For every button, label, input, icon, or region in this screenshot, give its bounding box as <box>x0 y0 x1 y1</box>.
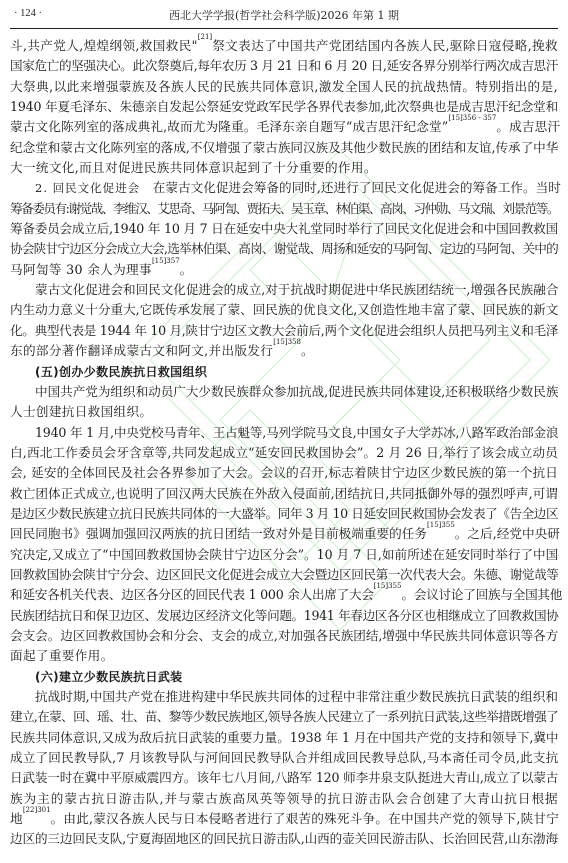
line-text: 和延安各机关代表、边区各分区的回民代表 1 000 余人出席了大会 <box>10 587 374 602</box>
line-text: 是边区少数民族建立抗日民族共同体的一大盛举。同年 3 月 10 日延安回民救国协… <box>10 506 558 521</box>
line-text: 蒙古文化促进会和回民文化促进会的成立,对于抗战时期促进中华民族团结统一,增强各民… <box>35 282 558 297</box>
line-text: 边区的三边回民支队,宁夏海固地区的回民抗日游击队,山西的壶关回民游击队、长治回民… <box>10 831 558 846</box>
text-line: 民族共同体意识,又成为敌后抗日武装的重要力量。1938 年 1 月在中国共产党的… <box>10 728 558 748</box>
text-line: 成立了回民教导队,7 月该教导队与河间回民教导队合并组成回民教导总队,马本斋任司… <box>10 748 558 768</box>
line-text: 成立了回民教导队,7 月该教导队与河间回民教导队合并组成回民教导总队,马本斋任司… <box>10 750 558 765</box>
line-text-continued: 。之后,经党中央研 <box>455 526 560 541</box>
line-text: 筹备委员会成立后,1940 年 10 月 7 日在延安中央大礼堂同时举行了回民文… <box>10 221 558 236</box>
line-text-continued: 。成吉思汗 <box>496 119 560 134</box>
text-line: 族为主的蒙古抗日游击队,并与蒙古族高凤英等领导的抗日游击队会合创建了大青山抗日根… <box>10 789 558 809</box>
citation-reference[interactable]: [21] <box>198 33 212 41</box>
line-text-continued: 。 <box>301 343 314 358</box>
line-text: 国家危亡的坚强决心。此次祭奠后,每年农历 3 月 21 日和 6 月 20 日,… <box>10 58 558 73</box>
line-text: 白,西北工作委员会牙含章等,共同发起成立“延安回民救国协会”。2 月 26 日,… <box>10 445 558 460</box>
citation-reference[interactable]: [15]355 <box>427 521 455 529</box>
text-line: 和延安各机关代表、边区各分区的回民代表 1 000 余人出席了大会[15]355… <box>10 585 558 605</box>
line-text: 1940 年夏毛泽东、朱德亲自发起公祭延安党政军民学各界代表参加,此次祭典也是成… <box>10 99 558 114</box>
text-line: 地[22]301。由此,蒙汉各族人民与日本侵略者进行了艰苦的殊死斗争。在中国共产… <box>10 809 558 829</box>
line-text: 会, 延安的全体回民及社会各界参加了大会。会议的召开,标志着陕甘宁边区少数民族的… <box>10 465 558 480</box>
citation-reference[interactable]: [15]355 <box>374 582 402 590</box>
text-line: 大一统文化,而且对促进民族共同体意识起到了十分重要的作用。 <box>10 158 558 178</box>
text-line: 建立,在蒙、回、瑶、壮、苗、黎等少数民族地区,领导各族人民建立了一系列抗日武装,… <box>10 707 558 727</box>
section-heading-text: (六)建立少数民族抗日武装 <box>35 670 183 684</box>
journal-title: 西北大学学报(哲学社会科学版)2026 年第 1 期 <box>0 7 568 23</box>
text-line: 协会陕甘宁边区分会成立大会,选举林伯渠、高岗、谢觉哉、周扬和延安的马阿訇、定边的… <box>10 239 558 259</box>
citation-reference[interactable]: [15]357 <box>152 257 180 265</box>
line-text: 大祭典,以此来增强蒙族及各族人民的民族共同体意识,激发全国人民的抗战热情。特别指… <box>10 79 558 94</box>
text-line: 究决定,又成立了“中国回教救国协会陕甘宁边区分会”。10 月 7 日,如前所述在… <box>10 545 558 565</box>
text-line: 白,西北工作委员会牙含章等,共同发起成立“延安回民救国协会”。2 月 26 日,… <box>10 443 558 463</box>
line-text: 面起了重要作用。 <box>10 648 114 663</box>
citation-reference[interactable]: [15]356 - 357 <box>448 114 496 122</box>
line-text-continued: 。会议讨论了回族与全国其他 <box>401 587 562 602</box>
line-text-continued: 祭文表达了中国共产党团结国内各族人民,驱除日寇侵略,挽救 <box>212 38 558 53</box>
line-text: 中国共产党为组织和动员广大少数民族群众参加抗战,促进民族共同体建设,还积极联络少… <box>35 384 558 399</box>
header-divider <box>10 28 558 29</box>
text-line: 人士创建抗日救国组织。 <box>10 402 558 422</box>
line-text: 内生动力意义十分重大,它既传承发展了蒙、回民族的优良文化,又创造性地丰富了蒙、回… <box>10 302 558 317</box>
line-text: 东的部分著作翻译成蒙古文和阿文,并出版发行 <box>10 343 273 358</box>
section-heading: (六)建立少数民族抗日武装 <box>10 667 558 687</box>
line-text: 筹备委员有:谢觉哉、李维汉、艾思奇、马阿訇、贾拓夫、吴玉章、林伯渠、高岗、习仲勋… <box>10 201 558 216</box>
line-text: 回民同胞书》强调加强回汉两族的抗日团结一致对外是目前极端重要的任务 <box>10 526 427 541</box>
line-text: 地 <box>10 811 23 826</box>
line-text: 抗战时期,中国共产党在推进构建中华民族共同体的过程中非常注重少数民族抗日武装的组… <box>35 689 558 704</box>
text-line: 马阿訇等 30 余人为理事[15]357。 <box>10 260 558 280</box>
text-line: 回教救国协会陕甘宁分会、边区回民文化促进会成立大会暨边区回民第一次代表大会。朱德… <box>10 565 558 585</box>
text-line: 抗战时期,中国共产党在推进构建中华民族共同体的过程中非常注重少数民族抗日武装的组… <box>10 687 558 707</box>
citation-reference[interactable]: [15]358 <box>273 338 301 346</box>
text-line: 内生动力意义十分重大,它既传承发展了蒙、回民族的优良文化,又创造性地丰富了蒙、回… <box>10 300 558 320</box>
text-line: 会支会。边区回教救国协会和分会、支会的成立,对加强各民族团结,增强中华民族共同体… <box>10 626 558 646</box>
text-line: 蒙古文化促进会和回民文化促进会的成立,对于抗战时期促进中华民族团结统一,增强各民… <box>10 280 558 300</box>
line-text-continued: 。由此,蒙汉各族人民与日本侵略者进行了艰苦的殊死斗争。在中国共产党的领导下,陕甘… <box>51 811 560 826</box>
section-heading: (五)创办少数民族抗日救国组织 <box>10 362 558 382</box>
text-line: 筹备委员有:谢觉哉、李维汉、艾思奇、马阿訇、贾拓夫、吴玉章、林伯渠、高岗、习仲勋… <box>10 199 558 219</box>
section-heading-text: (五)创办少数民族抗日救国组织 <box>35 365 207 379</box>
text-line: 面起了重要作用。 <box>10 646 558 666</box>
line-text: 斗,共产党人,煌煌纲领,救国救民" <box>10 38 198 53</box>
text-line: 蒙古文化陈列室的落成典礼,故而尤为隆重。毛泽东亲自题写“成吉思汗纪念堂”[15]… <box>10 117 558 137</box>
subsection-label: 2. 回民文化促进会 <box>35 181 140 195</box>
text-line: 回民同胞书》强调加强回汉两族的抗日团结一致对外是目前极端重要的任务[15]355… <box>10 524 558 544</box>
text-line: 斗,共产党人,煌煌纲领,救国救民"[21]祭文表达了中国共产党团结国内各族人民,… <box>10 36 558 56</box>
line-text: 化。典型代表是 1944 年 10 月,陕甘宁边区文教大会前后,两个文化促进会组… <box>10 323 558 338</box>
line-text: 蒙古文化陈列室的落成典礼,故而尤为隆重。毛泽东亲自题写“成吉思汗纪念堂” <box>10 119 448 134</box>
line-text-continued: 。 <box>180 262 193 277</box>
line-text: 民族团结抗日和保卫边区、发展边区经济文化等问题。1941 年春边区各分区也相继成… <box>10 608 558 623</box>
line-text: 1940 年 1 月,中央党校马青年、王占魁等,马列学院马文良,中国女子大学苏冰… <box>35 425 558 440</box>
line-text: 救亡团体正式成立,也说明了回汉两大民族在外敌入侵面前,团结抗日,共同抵御外辱的强… <box>10 486 558 501</box>
line-text: 回教救国协会陕甘宁分会、边区回民文化促进会成立大会暨边区回民第一次代表大会。朱德… <box>10 567 558 582</box>
text-line: 民族团结抗日和保卫边区、发展边区经济文化等问题。1941 年春边区各分区也相继成… <box>10 606 558 626</box>
text-line: 纪念堂和蒙古文化陈列室的落成,不仅增强了蒙古族同汉族及其他少数民族的团结和友谊,… <box>10 138 558 158</box>
line-text: 建立,在蒙、回、瑶、壮、苗、黎等少数民族地区,领导各族人民建立了一系列抗日武装,… <box>10 709 558 724</box>
text-line: 筹备委员会成立后,1940 年 10 月 7 日在延安中央大礼堂同时举行了回民文… <box>10 219 558 239</box>
text-line: 救亡团体正式成立,也说明了回汉两大民族在外敌入侵面前,团结抗日,共同抵御外辱的强… <box>10 484 558 504</box>
line-text: 会支会。边区回教救国协会和分会、支会的成立,对加强各民族团结,增强中华民族共同体… <box>10 628 558 643</box>
line-text: 马阿訇等 30 余人为理事 <box>10 262 152 277</box>
line-text: 人士创建抗日救国组织。 <box>10 404 152 419</box>
text-line: 是边区少数民族建立抗日民族共同体的一大盛举。同年 3 月 10 日延安回民救国协… <box>10 504 558 524</box>
line-text: 族为主的蒙古抗日游击队,并与蒙古族高凤英等领导的抗日游击队会合创建了大青山抗日根… <box>10 791 558 806</box>
line-text: 协会陕甘宁边区分会成立大会,选举林伯渠、高岗、谢觉哉、周扬和延安的马阿訇、定边的… <box>10 241 558 256</box>
line-text: 民族共同体意识,又成为敌后抗日武装的重要力量。1938 年 1 月在中国共产党的… <box>10 730 558 745</box>
article-body: 斗,共产党人,煌煌纲领,救国救民"[21]祭文表达了中国共产党团结国内各族人民,… <box>10 36 558 850</box>
line-text: 大一统文化,而且对促进民族共同体意识起到了十分重要的作用。 <box>10 160 377 175</box>
text-line: 国家危亡的坚强决心。此次祭奠后,每年农历 3 月 21 日和 6 月 20 日,… <box>10 56 558 76</box>
text-line: 东的部分著作翻译成蒙古文和阿文,并出版发行[15]358。 <box>10 341 558 361</box>
text-line: 会, 延安的全体回民及社会各界参加了大会。会议的召开,标志着陕甘宁边区少数民族的… <box>10 463 558 483</box>
line-text: 究决定,又成立了“中国回教救国协会陕甘宁边区分会”。10 月 7 日,如前所述在… <box>10 547 558 562</box>
text-line: 中国共产党为组织和动员广大少数民族群众参加抗战,促进民族共同体建设,还积极联络少… <box>10 382 558 402</box>
text-line: 2. 回民文化促进会 在蒙古文化促进会筹备的同时,还进行了回民文化促进会的筹备工… <box>10 178 558 198</box>
page-header: · 124 · 西北大学学报(哲学社会科学版)2026 年第 1 期 <box>0 0 568 30</box>
text-line: 边区的三边回民支队,宁夏海固地区的回民抗日游击队,山西的壶关回民游击队、长治回民… <box>10 829 558 849</box>
text-line: 大祭典,以此来增强蒙族及各族人民的民族共同体意识,激发全国人民的抗战热情。特别指… <box>10 77 558 97</box>
citation-reference[interactable]: [22]301 <box>23 806 51 814</box>
line-text: 在蒙古文化促进会筹备的同时,还进行了回民文化促进会的筹备工作。当时 <box>140 180 561 195</box>
text-line: 1940 年 1 月,中央党校马青年、王占魁等,马列学院马文良,中国女子大学苏冰… <box>10 423 558 443</box>
text-line: 日武装一时在冀中平原威震四方。该年七八月间,八路军 120 师李井泉支队挺进大青… <box>10 768 558 788</box>
line-text: 日武装一时在冀中平原威震四方。该年七八月间,八路军 120 师李井泉支队挺进大青… <box>10 770 558 785</box>
line-text: 纪念堂和蒙古文化陈列室的落成,不仅增强了蒙古族同汉族及其他少数民族的团结和友谊,… <box>10 140 558 155</box>
